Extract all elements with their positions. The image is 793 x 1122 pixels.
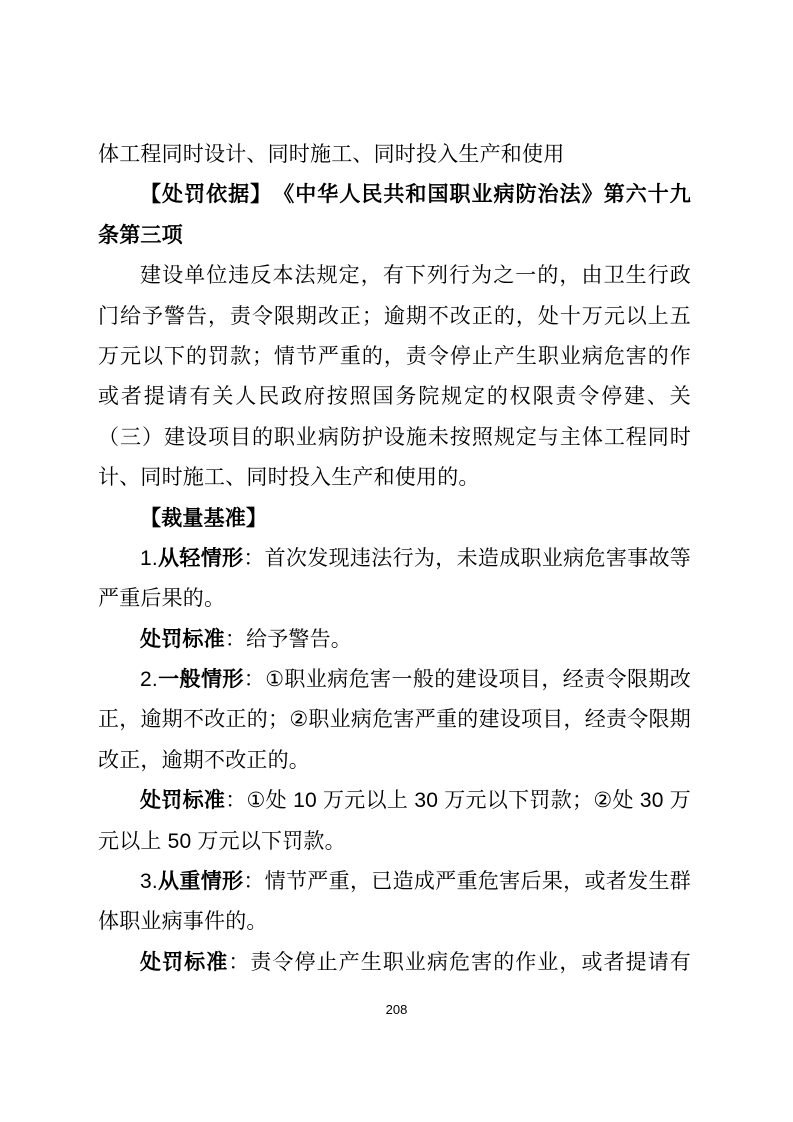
text-line: 建设单位违反本法规定，有下列行为之一的，由卫生行政部: [98, 256, 691, 296]
text-run: 【裁量基准】: [140, 507, 267, 530]
discretion-benchmark-heading: 【裁量基准】: [98, 499, 691, 539]
text-line: 元以上 50 万元以下罚款。: [98, 822, 691, 862]
text-run: ：①职业病危害一般的建设项目，经责令限期改: [244, 668, 691, 691]
text-run: ：情节严重，已造成严重危害后果，或者发生群: [243, 870, 691, 893]
penalty-standard-line: 处罚标准：给予警告。: [98, 620, 691, 660]
document-body: 体工程同时设计、同时施工、同时投入生产和使用 【处罚依据】 《中华人民共和国职业…: [98, 135, 691, 983]
text-run: 或者提请有关人民政府按照国务院规定的权限责令停建、关闭：: [98, 385, 691, 417]
text-run: 万元以下的罚款；情节严重的，责令停止产生职业病危害的作业，: [98, 345, 691, 377]
penalty-basis-heading: 【处罚依据】 《中华人民共和国职业病防治法》第六十九: [98, 175, 691, 215]
penalty-standard-label: 处罚标准: [140, 628, 225, 651]
penalty-standard-line: 处罚标准：①处 10 万元以上 30 万元以下罚款；②处 30 万: [98, 781, 691, 821]
text-line: 计、同时施工、同时投入生产和使用的。: [98, 458, 691, 498]
text-run: ：给予警告。: [225, 628, 352, 651]
general-case-label: 一般情形: [158, 668, 244, 691]
text-line: 或者提请有关人民政府按照国务院规定的权限责令停建、关闭：: [98, 377, 691, 417]
page-number: 208: [0, 1000, 793, 1020]
penalty-standard-label: 处罚标准: [140, 789, 225, 812]
text-run: ：首次发现违法行为，未造成职业病危害事故等: [243, 547, 691, 570]
text-line: 严重后果的。: [98, 579, 691, 619]
text-run: 计、同时施工、同时投入生产和使用的。: [98, 466, 480, 489]
text-run: （三）建设项目的职业病防护设施未按照规定与主体工程同时设: [98, 426, 691, 458]
penalty-standard-line: 处罚标准：责令停止产生职业病危害的作业，或者提请有关: [98, 943, 691, 983]
text-run: 2.: [140, 668, 158, 691]
lenient-case-line: 1.从轻情形：首次发现违法行为，未造成职业病危害事故等: [98, 539, 691, 579]
text-run: 严重后果的。: [98, 587, 225, 610]
text-line: 门给予警告，责令限期改正；逾期不改正的，处十万元以上五十: [98, 297, 691, 337]
text-line: 体职业病事件的。: [98, 902, 691, 942]
penalty-standard-label: 处罚标准: [140, 951, 228, 974]
text-line: 万元以下的罚款；情节严重的，责令停止产生职业病危害的作业，: [98, 337, 691, 377]
text-line: 改正，逾期不改正的。: [98, 741, 691, 781]
text-run: 门给予警告，责令限期改正；逾期不改正的，处十万元以上五十: [98, 305, 691, 337]
document-page: 体工程同时设计、同时施工、同时投入生产和使用 【处罚依据】 《中华人民共和国职业…: [0, 0, 793, 1122]
text-line: 正，逾期不改正的；②职业病危害严重的建设项目，经责令限期: [98, 700, 691, 740]
text-run: 体工程同时设计、同时施工、同时投入生产和使用: [98, 143, 564, 166]
penalty-basis-heading-continued: 条第三项: [98, 216, 691, 256]
text-run: 体职业病事件的。: [98, 910, 268, 933]
text-run: 建设单位违反本法规定，有下列行为之一的，由卫生行政部: [98, 264, 691, 296]
text-run: 条第三项: [98, 224, 183, 247]
text-line: 体工程同时设计、同时施工、同时投入生产和使用: [98, 135, 691, 175]
lenient-case-label: 从轻情形: [158, 547, 243, 570]
severe-case-line: 3.从重情形：情节严重，已造成严重危害后果，或者发生群: [98, 862, 691, 902]
general-case-line: 2.一般情形：①职业病危害一般的建设项目，经责令限期改: [98, 660, 691, 700]
text-run: 正，逾期不改正的；②职业病危害严重的建设项目，经责令限期: [98, 708, 691, 731]
text-run: 1.: [140, 547, 158, 570]
text-run: 3.: [140, 870, 158, 893]
text-run: 【处罚依据】 《中华人民共和国职业病防治法》第六十九: [140, 183, 691, 206]
text-line: （三）建设项目的职业病防护设施未按照规定与主体工程同时设: [98, 418, 691, 458]
text-run: 元以上 50 万元以下罚款。: [98, 830, 346, 853]
text-run: ：①处 10 万元以上 30 万元以下罚款；②处 30 万: [225, 789, 691, 812]
severe-case-label: 从重情形: [158, 870, 243, 893]
text-run: 改正，逾期不改正的。: [98, 749, 310, 772]
